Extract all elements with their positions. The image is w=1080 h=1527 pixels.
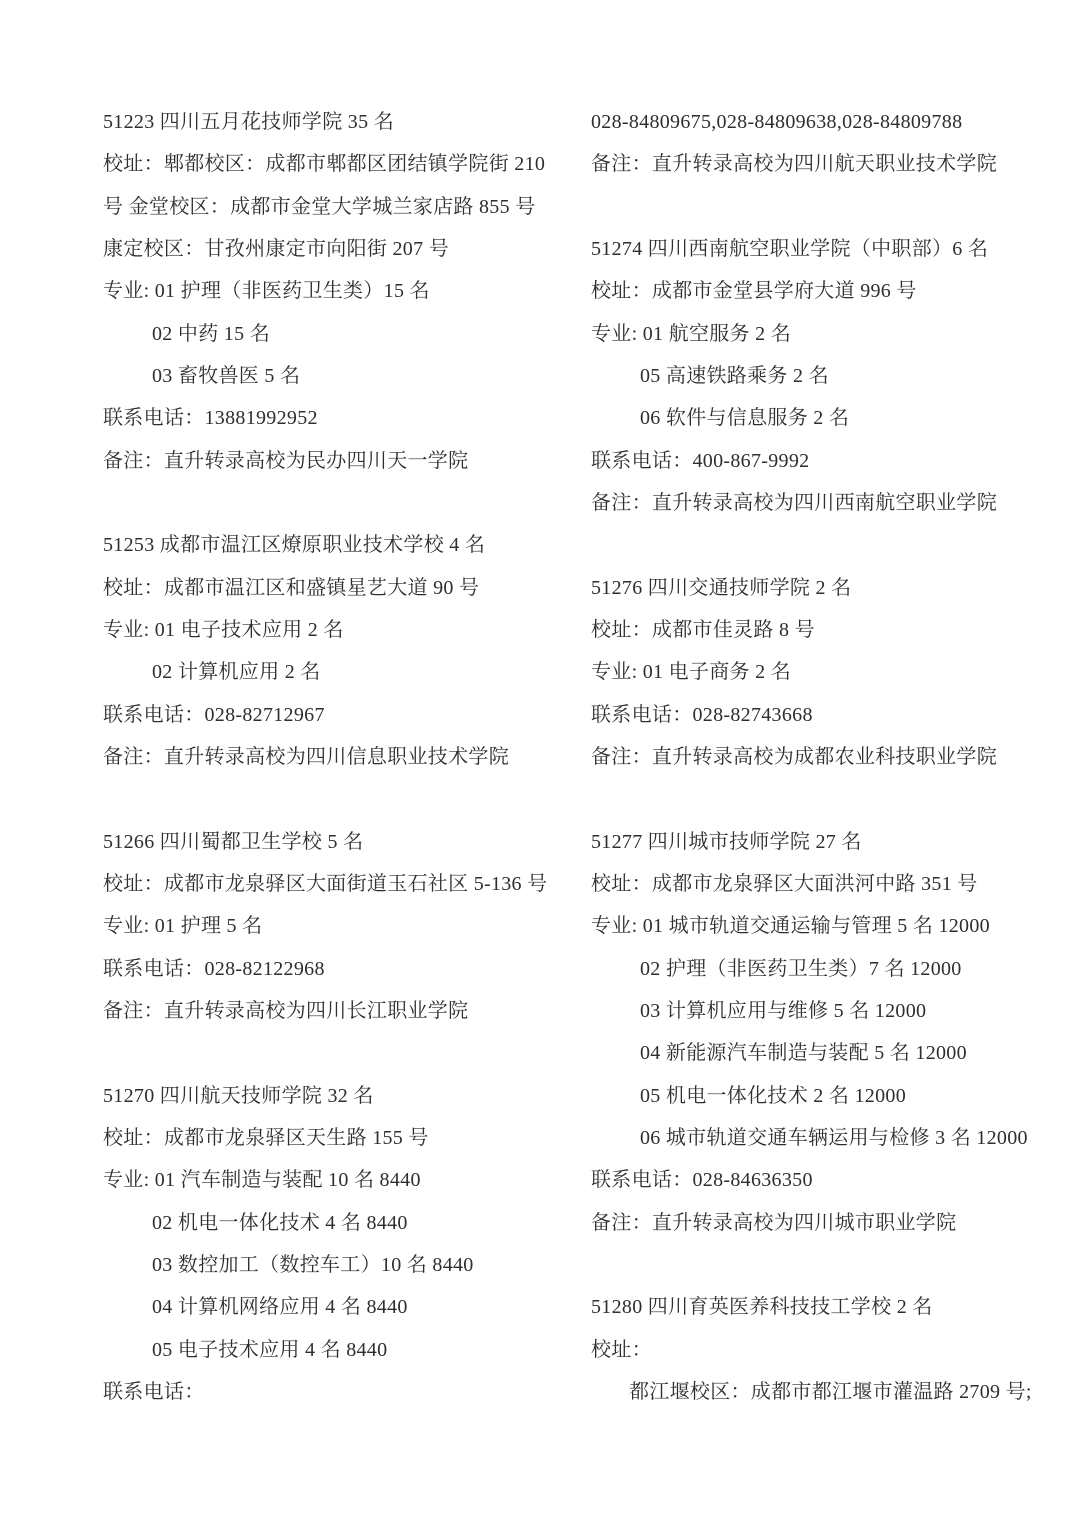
majors-line: 专业: 01 电子商务 2 名: [591, 651, 1071, 693]
major-item-line: 03 计算机应用与维修 5 名 12000: [591, 990, 1071, 1032]
school-heading: 51276 四川交通技师学院 2 名: [591, 567, 1071, 609]
majors-line: 专业: 01 电子技术应用 2 名: [103, 609, 578, 651]
major-item-line: 05 电子技术应用 4 名 8440: [103, 1329, 578, 1371]
address-line: 校址：: [591, 1329, 1071, 1371]
school-block: 51223 四川五月花技师学院 35 名校址：郫都校区：成都市郫都区团结镇学院街…: [103, 101, 578, 482]
phone-line: 联系电话：028-82712967: [103, 694, 578, 736]
blank-line: [591, 524, 1071, 566]
school-block: 028-84809675,028-84809638,028-84809788备注…: [591, 101, 1071, 186]
note-line: 备注：直升转录高校为四川城市职业学院: [591, 1202, 1071, 1244]
note-line: 备注：直升转录高校为成都农业科技职业学院: [591, 736, 1071, 778]
school-heading: 51223 四川五月花技师学院 35 名: [103, 101, 578, 143]
school-block: 51274 四川西南航空职业学院（中职部）6 名校址：成都市金堂县学府大道 99…: [591, 228, 1071, 524]
school-heading: 51270 四川航天技师学院 32 名: [103, 1075, 578, 1117]
blank-line: [103, 778, 578, 820]
blank-line: [591, 1244, 1071, 1286]
major-item-line: 05 机电一体化技术 2 名 12000: [591, 1075, 1071, 1117]
major-item-line: 06 软件与信息服务 2 名: [591, 397, 1071, 439]
phone-line: 联系电话：400-867-9992: [591, 440, 1071, 482]
major-item-line: 03 畜牧兽医 5 名: [103, 355, 578, 397]
text-line: 028-84809675,028-84809638,028-84809788: [591, 101, 1071, 143]
text-line: 号 金堂校区：成都市金堂大学城兰家店路 855 号: [103, 186, 578, 228]
school-block: 51277 四川城市技师学院 27 名校址：成都市龙泉驿区大面洪河中路 351 …: [591, 821, 1071, 1244]
major-item-line: 04 新能源汽车制造与装配 5 名 12000: [591, 1032, 1071, 1074]
major-item-line: 05 高速铁路乘务 2 名: [591, 355, 1071, 397]
school-heading: 51277 四川城市技师学院 27 名: [591, 821, 1071, 863]
address-line: 校址：成都市佳灵路 8 号: [591, 609, 1071, 651]
note-line: 备注：直升转录高校为四川航天职业技术学院: [591, 143, 1071, 185]
document-column-right: 028-84809675,028-84809638,028-84809788备注…: [591, 101, 1071, 1413]
address-line: 校址：郫都校区：成都市郫都区团结镇学院街 210: [103, 143, 578, 185]
phone-line: 联系电话：028-84636350: [591, 1159, 1071, 1201]
school-block: 51280 四川育英医养科技技工学校 2 名校址：都江堰校区：成都市都江堰市灌温…: [591, 1286, 1071, 1413]
majors-line: 专业: 01 城市轨道交通运输与管理 5 名 12000: [591, 905, 1071, 947]
majors-line: 专业: 01 护理（非医药卫生类）15 名: [103, 270, 578, 312]
text-line: 都江堰校区：成都市都江堰市灌温路 2709 号;: [591, 1371, 1071, 1413]
blank-line: [591, 778, 1071, 820]
address-line: 校址：成都市龙泉驿区天生路 155 号: [103, 1117, 578, 1159]
school-heading: 51280 四川育英医养科技技工学校 2 名: [591, 1286, 1071, 1328]
major-item-line: 02 机电一体化技术 4 名 8440: [103, 1202, 578, 1244]
majors-line: 专业: 01 航空服务 2 名: [591, 313, 1071, 355]
school-block: 51270 四川航天技师学院 32 名校址：成都市龙泉驿区天生路 155 号专业…: [103, 1075, 578, 1414]
major-item-line: 03 数控加工（数控车工）10 名 8440: [103, 1244, 578, 1286]
note-line: 备注：直升转录高校为四川长江职业学院: [103, 990, 578, 1032]
school-heading: 51274 四川西南航空职业学院（中职部）6 名: [591, 228, 1071, 270]
address-line: 校址：成都市龙泉驿区大面街道玉石社区 5-136 号: [103, 863, 578, 905]
phone-line: 联系电话：13881992952: [103, 397, 578, 439]
school-heading: 51253 成都市温江区燎原职业技术学校 4 名: [103, 524, 578, 566]
address-line: 校址：成都市金堂县学府大道 996 号: [591, 270, 1071, 312]
blank-line: [591, 186, 1071, 228]
majors-line: 专业: 01 汽车制造与装配 10 名 8440: [103, 1159, 578, 1201]
major-item-line: 02 计算机应用 2 名: [103, 651, 578, 693]
address-line: 校址：成都市温江区和盛镇星艺大道 90 号: [103, 567, 578, 609]
phone-line: 联系电话：028-82743668: [591, 694, 1071, 736]
school-block: 51276 四川交通技师学院 2 名校址：成都市佳灵路 8 号专业: 01 电子…: [591, 567, 1071, 779]
major-item-line: 02 中药 15 名: [103, 313, 578, 355]
document-column-left: 51223 四川五月花技师学院 35 名校址：郫都校区：成都市郫都区团结镇学院街…: [103, 101, 578, 1413]
blank-line: [103, 482, 578, 524]
majors-line: 专业: 01 护理 5 名: [103, 905, 578, 947]
school-block: 51266 四川蜀都卫生学校 5 名校址：成都市龙泉驿区大面街道玉石社区 5-1…: [103, 821, 578, 1033]
school-block: 51253 成都市温江区燎原职业技术学校 4 名校址：成都市温江区和盛镇星艺大道…: [103, 524, 578, 778]
major-item-line: 02 护理（非医药卫生类）7 名 12000: [591, 948, 1071, 990]
note-line: 备注：直升转录高校为四川信息职业技术学院: [103, 736, 578, 778]
document-page: 51223 四川五月花技师学院 35 名校址：郫都校区：成都市郫都区团结镇学院街…: [0, 0, 1080, 1527]
phone-line: 联系电话：: [103, 1371, 578, 1413]
note-line: 备注：直升转录高校为四川西南航空职业学院: [591, 482, 1071, 524]
major-item-line: 04 计算机网络应用 4 名 8440: [103, 1286, 578, 1328]
phone-line: 联系电话：028-82122968: [103, 948, 578, 990]
note-line: 备注：直升转录高校为民办四川天一学院: [103, 440, 578, 482]
school-heading: 51266 四川蜀都卫生学校 5 名: [103, 821, 578, 863]
text-line: 康定校区：甘孜州康定市向阳街 207 号: [103, 228, 578, 270]
major-item-line: 06 城市轨道交通车辆运用与检修 3 名 12000: [591, 1117, 1071, 1159]
blank-line: [103, 1032, 578, 1074]
address-line: 校址：成都市龙泉驿区大面洪河中路 351 号: [591, 863, 1071, 905]
